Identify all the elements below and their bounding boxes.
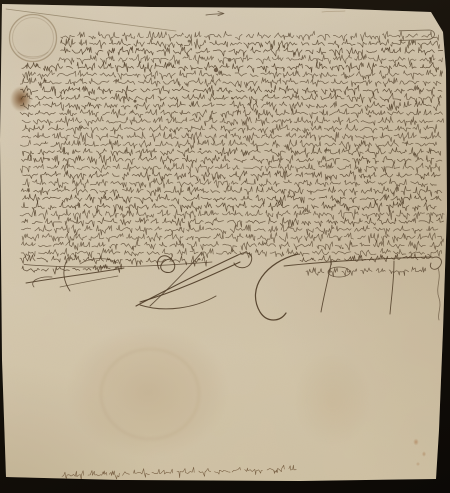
edge-stain — [248, 1, 264, 8]
manuscript-ink-layer — [0, 0, 450, 493]
manuscript-page — [0, 0, 450, 493]
photo-backdrop — [0, 0, 450, 493]
paper-grain — [0, 0, 450, 493]
